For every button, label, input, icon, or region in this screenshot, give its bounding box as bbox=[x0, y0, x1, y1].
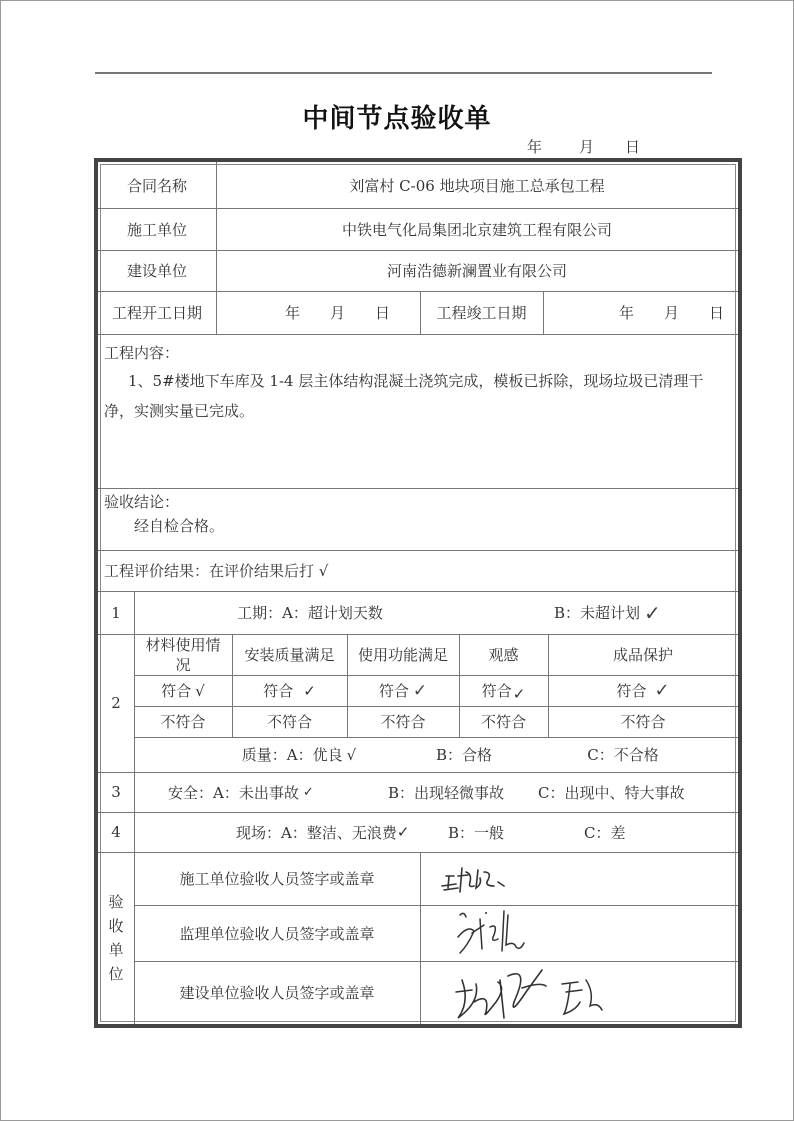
divider bbox=[98, 334, 738, 335]
acceptance-conclusion: 验收结论： 经自检合格。 bbox=[104, 490, 734, 538]
divider bbox=[98, 488, 738, 489]
appearance-fail[interactable]: 不符合 bbox=[459, 706, 548, 737]
group-label-char: 位 bbox=[108, 962, 123, 986]
pass-label: 符合 bbox=[263, 680, 293, 701]
safety-option-a-label: 安全：A：未出事故 bbox=[168, 782, 299, 803]
quality-option-a-label: 质量：A：优良 bbox=[242, 744, 343, 765]
contract-name-value: 刘富村 C-06 地块项目施工总承包工程 bbox=[216, 162, 738, 208]
pass-label: 符合 bbox=[482, 680, 512, 701]
product-protection-header: 成品保护 bbox=[548, 634, 738, 675]
checkmark-icon: √ bbox=[347, 746, 357, 764]
contract-name-label: 合同名称 bbox=[98, 162, 216, 208]
end-date-value: 年 月 日 bbox=[543, 291, 738, 334]
work-content-line-1: 1、5#楼地下车库及 1-4 层主体结构混凝土浇筑完成，模板已拆除，现场垃圾已清… bbox=[104, 368, 734, 394]
header-rule bbox=[95, 72, 712, 74]
safety-option-b[interactable]: B：出现轻微事故 bbox=[388, 772, 518, 812]
appearance-header: 观感 bbox=[459, 634, 548, 675]
pass-label: 符合 bbox=[616, 680, 646, 701]
checkmark-icon: ✓ bbox=[513, 685, 526, 703]
eval-row-3-index: 3 bbox=[98, 772, 134, 812]
document-title: 中间节点验收单 bbox=[0, 98, 794, 135]
checkmark-icon: √ bbox=[195, 682, 205, 700]
work-content-label: 工程内容： bbox=[104, 340, 734, 366]
date-day: 日 bbox=[625, 136, 640, 157]
work-content-line-2: 净，实测实量已完成。 bbox=[104, 398, 734, 424]
site-option-b[interactable]: B：一般 bbox=[448, 812, 528, 852]
installation-quality-header: 安装质量满足 bbox=[232, 634, 347, 675]
pass-label: 符合 bbox=[161, 680, 191, 701]
start-date-value: 年 月 日 bbox=[216, 291, 420, 334]
handwritten-signature-icon bbox=[450, 962, 610, 1024]
owner-signature-field[interactable] bbox=[420, 961, 738, 1024]
appearance-pass[interactable]: 符合✓ bbox=[459, 675, 548, 706]
contractor-signature-label: 施工单位验收人员签字或盖章 bbox=[134, 852, 420, 905]
product-protection-pass[interactable]: 符合✓ bbox=[548, 675, 738, 706]
conclusion-text: 经自检合格。 bbox=[104, 514, 734, 538]
function-header: 使用功能满足 bbox=[347, 634, 459, 675]
checkmark-icon: ✓ bbox=[303, 785, 314, 800]
supervisor-signature-label: 监理单位验收人员签字或盖章 bbox=[134, 905, 420, 961]
date-year: 年 bbox=[527, 136, 579, 157]
pass-label: 符合 bbox=[379, 680, 409, 701]
start-date-label: 工程开工日期 bbox=[98, 291, 216, 334]
handwritten-signature-icon bbox=[454, 905, 544, 961]
acceptance-form-table: 合同名称 刘富村 C-06 地块项目施工总承包工程 施工单位 中铁电气化局集团北… bbox=[94, 158, 742, 1028]
form-date: 年月日 bbox=[527, 136, 640, 157]
installation-quality-pass[interactable]: 符合✓ bbox=[232, 675, 347, 706]
quality-option-b[interactable]: B：合格 bbox=[424, 737, 504, 772]
material-usage-fail[interactable]: 不符合 bbox=[134, 706, 232, 737]
end-date-label: 工程竣工日期 bbox=[420, 291, 543, 334]
safety-option-c[interactable]: C：出现中、特大事故 bbox=[538, 772, 708, 812]
product-protection-fail[interactable]: 不符合 bbox=[548, 706, 738, 737]
schedule-option-a: 工期：A：超计划天数 bbox=[210, 591, 410, 634]
material-usage-pass[interactable]: 符合√ bbox=[134, 675, 232, 706]
function-fail[interactable]: 不符合 bbox=[347, 706, 459, 737]
contractor-signature-field[interactable] bbox=[420, 852, 738, 905]
schedule-option-b-label: B：未超计划 bbox=[554, 602, 640, 623]
group-label-char: 单 bbox=[108, 938, 123, 962]
eval-row-1-index: 1 bbox=[98, 591, 134, 634]
contractor-label: 施工单位 bbox=[98, 208, 216, 250]
installation-quality-fail[interactable]: 不符合 bbox=[232, 706, 347, 737]
acceptance-units-label: 验 收 单 位 bbox=[98, 852, 134, 1024]
function-pass[interactable]: 符合✓ bbox=[347, 675, 459, 706]
site-option-c[interactable]: C：差 bbox=[584, 812, 644, 852]
owner-value: 河南浩德新澜置业有限公司 bbox=[216, 250, 738, 291]
supervisor-signature-field[interactable] bbox=[420, 905, 738, 961]
conclusion-label: 验收结论： bbox=[104, 490, 734, 514]
checkmark-icon: ✓ bbox=[397, 823, 410, 841]
material-usage-header: 材料使用情况 bbox=[134, 634, 232, 675]
owner-label: 建设单位 bbox=[98, 250, 216, 291]
eval-row-2-index: 2 bbox=[98, 634, 134, 772]
safety-option-a[interactable]: 安全：A：未出事故✓ bbox=[168, 772, 338, 812]
checkmark-icon: ✓ bbox=[654, 680, 669, 701]
contractor-value: 中铁电气化局集团北京建筑工程有限公司 bbox=[216, 208, 738, 250]
owner-signature-label: 建设单位验收人员签字或盖章 bbox=[134, 961, 420, 1024]
checkmark-icon: ✓ bbox=[644, 601, 661, 625]
checkmark-icon: ✓ bbox=[413, 681, 427, 701]
eval-row-4-index: 4 bbox=[98, 812, 134, 852]
handwritten-signature-icon bbox=[438, 862, 528, 896]
site-option-a[interactable]: 现场：A：整洁、无浪费✓ bbox=[236, 812, 426, 852]
schedule-option-b[interactable]: B：未超计划 ✓ bbox=[554, 591, 724, 634]
site-option-a-label: 现场：A：整洁、无浪费 bbox=[236, 822, 397, 843]
work-content: 工程内容： 1、5#楼地下车库及 1-4 层主体结构混凝土浇筑完成，模板已拆除，… bbox=[104, 340, 734, 424]
quality-option-c[interactable]: C：不合格 bbox=[578, 737, 668, 772]
group-label-char: 验 bbox=[108, 890, 123, 914]
group-label-char: 收 bbox=[108, 914, 123, 938]
quality-option-a[interactable]: 质量：A：优良√ bbox=[214, 737, 384, 772]
evaluation-instruction: 工程评价结果：在评价结果后打 √ bbox=[104, 550, 734, 591]
checkmark-icon: ✓ bbox=[303, 682, 316, 700]
date-month: 月 bbox=[579, 136, 625, 157]
